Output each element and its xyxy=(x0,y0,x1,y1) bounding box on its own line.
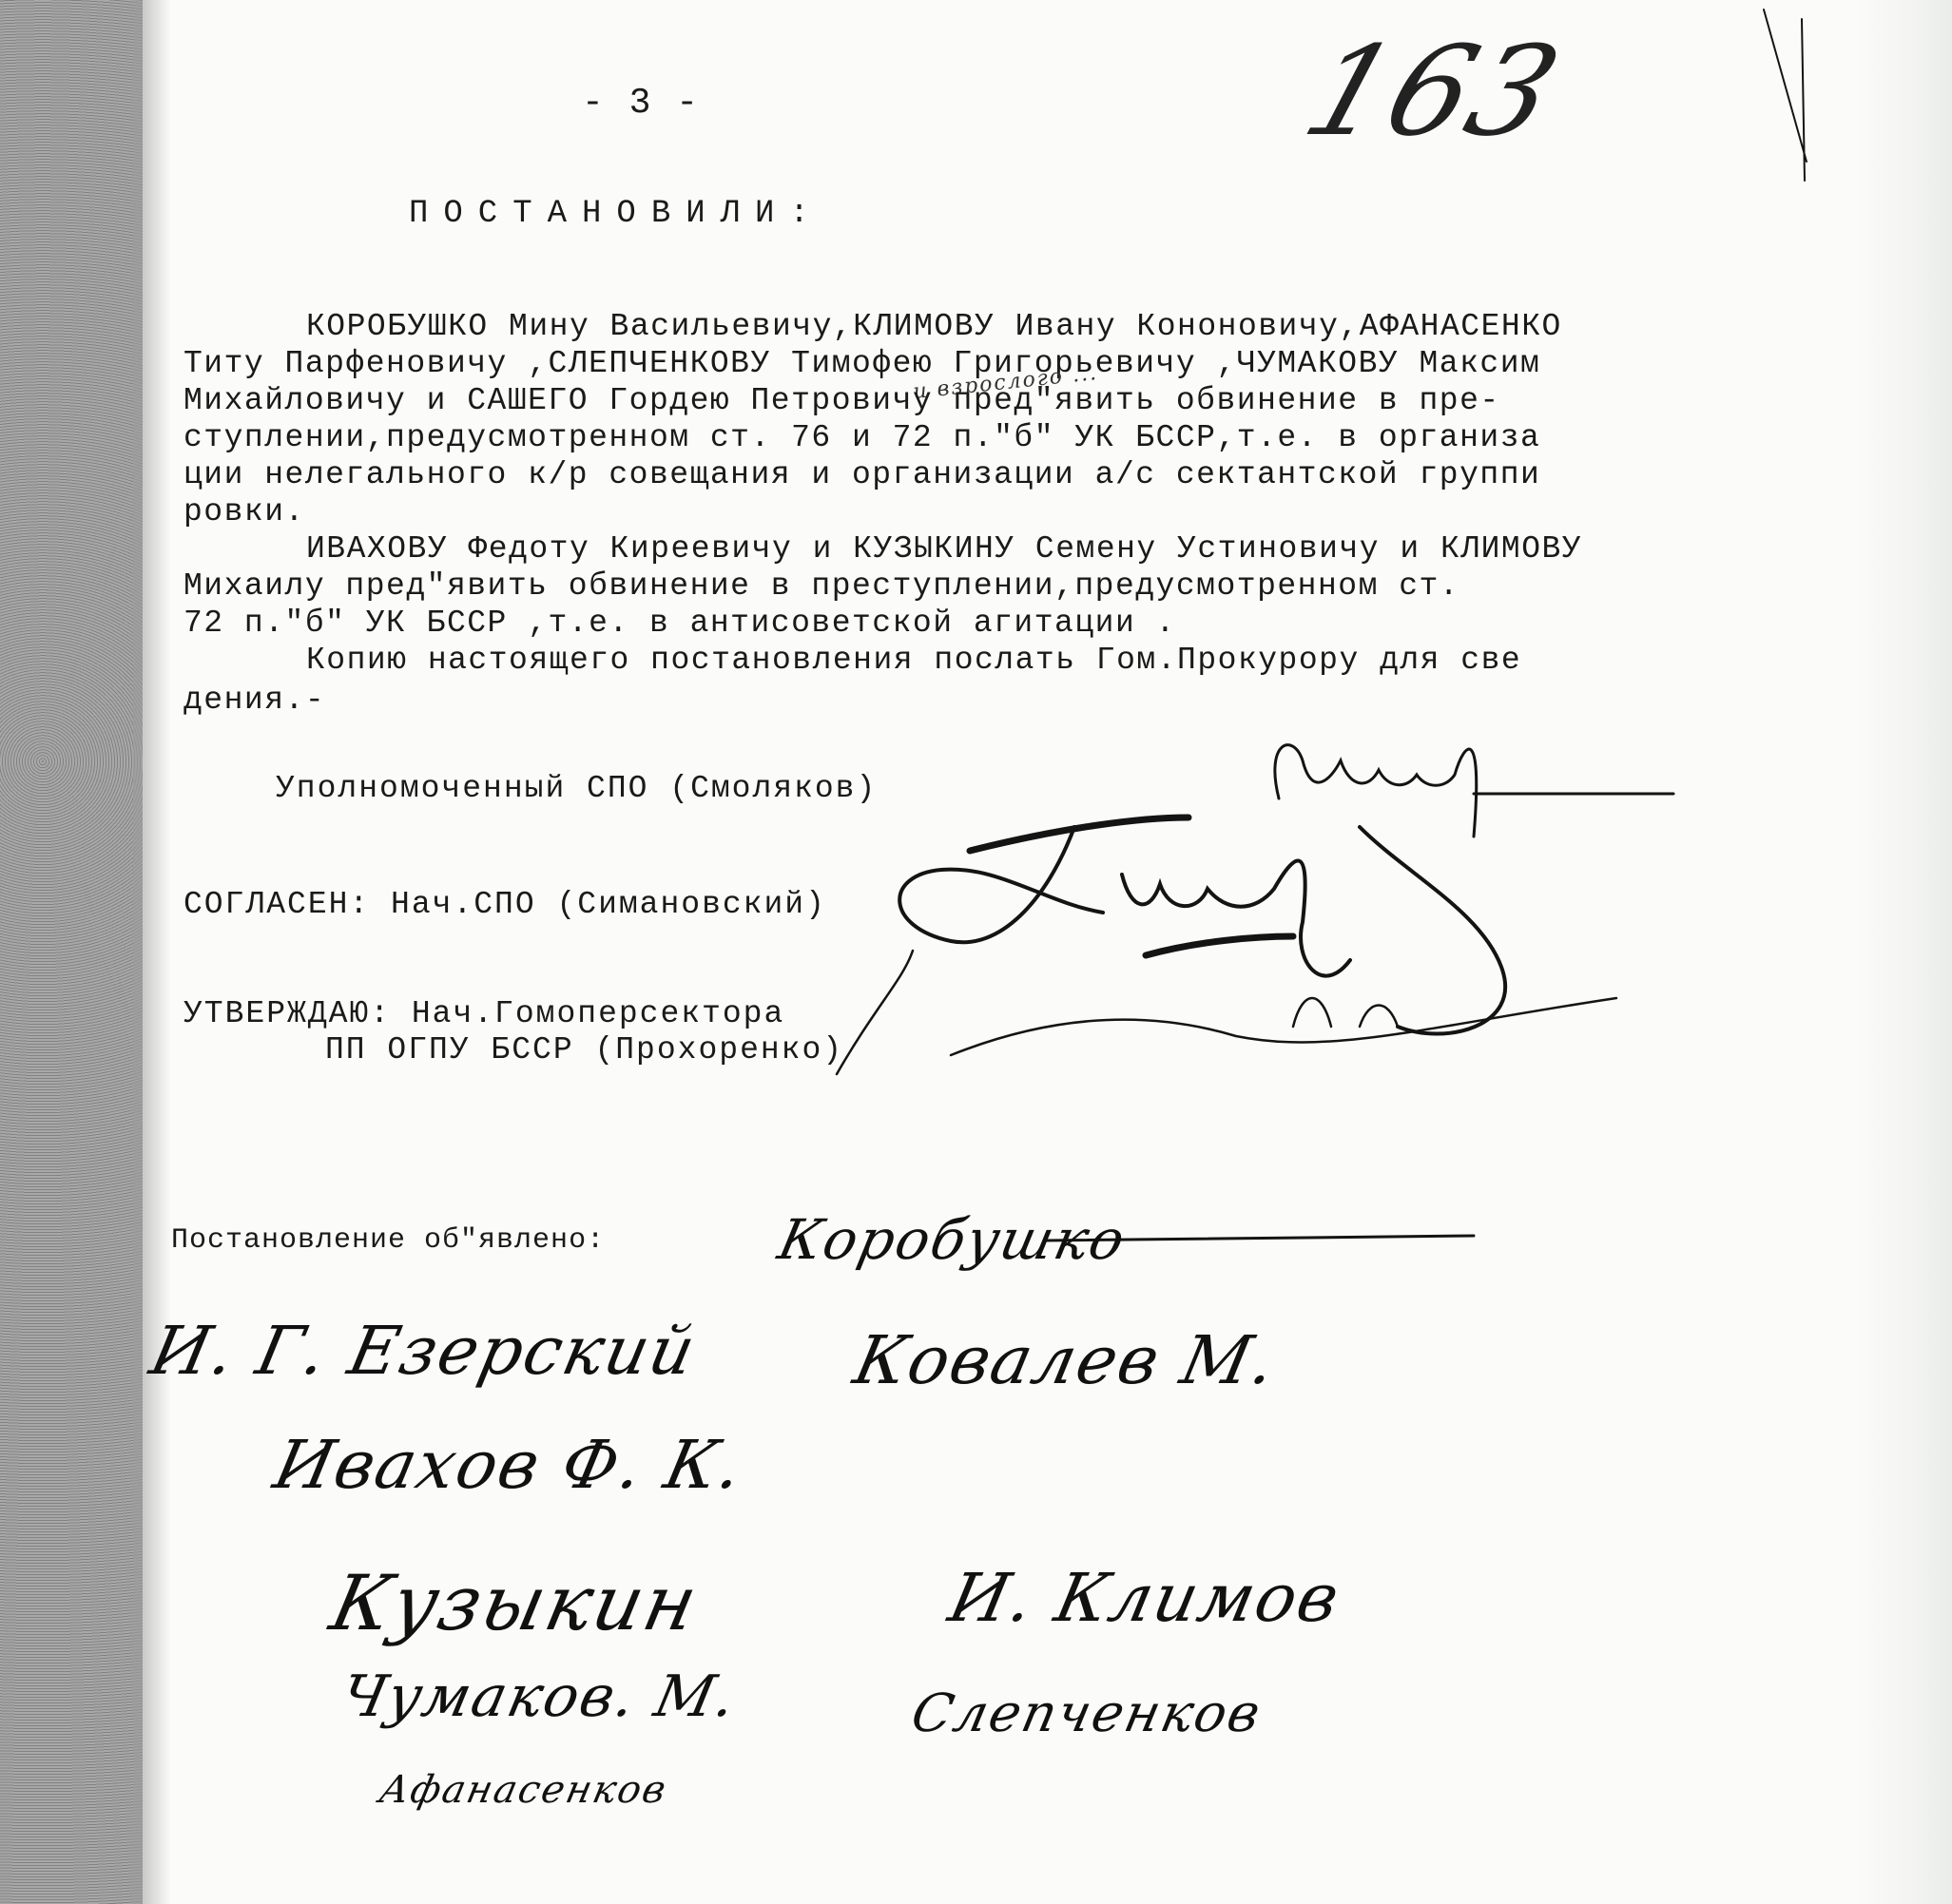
approved-signature-line-2: ПП ОГПУ БССР (Прохоренко) xyxy=(325,1034,843,1066)
paragraph-line: КОРОБУШКО Мину Васильевичу,КЛИМОВУ Ивану… xyxy=(306,311,1562,342)
paragraph-line: ступлении,предусмотренном ст. 76 и 72 п.… xyxy=(184,422,1540,453)
handwritten-signature: Коробушко xyxy=(773,1207,1132,1272)
paragraph-line: Титу Парфеновичу ,СЛЕПЧЕНКОВУ Тимофею Гр… xyxy=(184,348,1540,379)
paragraph-line: ИВАХОВУ Федоту Киреевичу и КУЗЫКИНУ Семе… xyxy=(306,533,1582,565)
paragraph-line: Михайловичу и САШЕГО Гордею Петровичу пр… xyxy=(184,385,1500,416)
paragraph-line: ции нелегального к/р совещания и организ… xyxy=(184,459,1540,490)
announcement-label: Постановление об"явлено: xyxy=(171,1226,605,1255)
paragraph-line: дения.- xyxy=(184,684,325,716)
handwritten-signature: Чумаков. М. xyxy=(336,1664,744,1730)
page-number: - 3 - xyxy=(582,86,700,122)
paragraph-line: Копию настоящего постановления послать Г… xyxy=(306,644,1521,676)
resolution-heading: ПОСТАНОВИЛИ: xyxy=(409,198,824,230)
handwritten-signature: И. Климов xyxy=(942,1559,1347,1637)
handwritten-signature: Ивахов Ф. К. xyxy=(267,1426,751,1504)
paragraph-line: Михаилу пред"явить обвинение в преступле… xyxy=(184,570,1459,602)
handwritten-signature: Афанасенков xyxy=(376,1768,671,1812)
agreed-signature-line: СОГЛАСЕН: Нач.СПО (Симановский) xyxy=(184,889,826,920)
handwritten-signature: Ковалев М. xyxy=(847,1321,1284,1399)
paragraph-line: ровки. xyxy=(184,496,305,528)
officer-signature-line: Уполномоченный СПО (Смоляков) xyxy=(276,773,877,804)
paragraph-line: 72 п."б" УК БССР ,т.е. в антисоветской а… xyxy=(184,607,1176,639)
handwritten-signature: Кузыкин xyxy=(323,1559,706,1647)
archive-page-number-handwritten: 163 xyxy=(1288,19,1577,163)
approved-signature-line: УТВЕРЖДАЮ: Нач.Гомоперсектора xyxy=(184,998,784,1029)
handwritten-signature: И. Г. Езерский xyxy=(144,1312,704,1390)
handwritten-signature: Слепченков xyxy=(906,1683,1267,1743)
